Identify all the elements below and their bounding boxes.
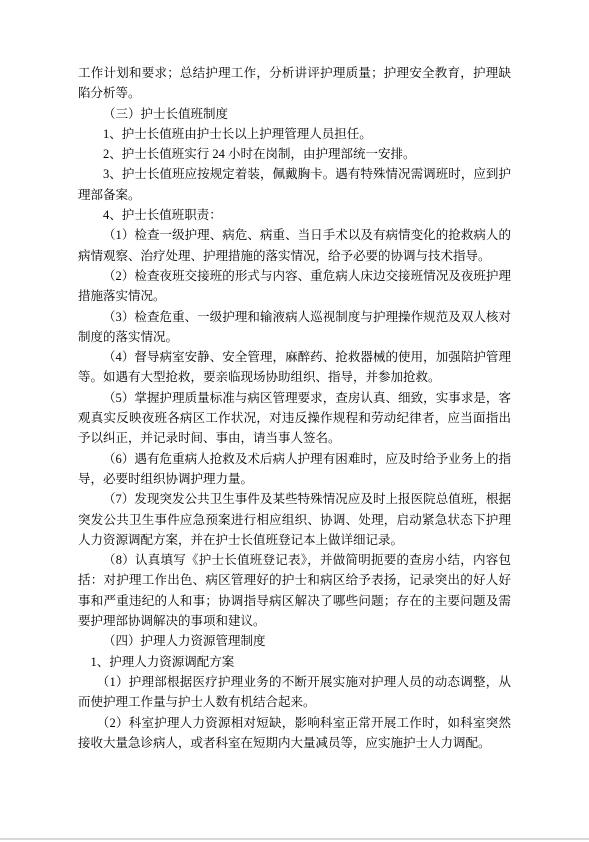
paragraph: 1、护士长值班由护士长以上护理管理人员担任。 xyxy=(78,124,511,144)
document-page: 工作计划和要求；总结护理工作，分析讲评护理质量；护理安全教育，护理缺陷分析等。（… xyxy=(0,0,589,842)
paragraph: 3、护士长值班应按规定着装，佩戴胸卡。遇有特殊情况需调班时，应到护理部备案。 xyxy=(78,164,511,205)
paragraph: 工作计划和要求；总结护理工作，分析讲评护理质量；护理安全教育，护理缺陷分析等。 xyxy=(78,63,511,104)
paragraph: 4、护士长值班职责： xyxy=(78,205,511,225)
paragraph: （8）认真填写《护士长值班登记表》，并做简明扼要的查房小结，内容包括：对护理工作… xyxy=(78,550,511,631)
paragraph: （1）检查一级护理、病危、病重、当日手术以及有病情变化的抢救病人的病情观察、治疗… xyxy=(78,225,511,266)
paragraph: （3）检查危重、一级护理和输液病人巡视制度与护理操作规范及双人核对制度的落实情况… xyxy=(78,307,511,348)
page-bottom-divider xyxy=(0,838,589,840)
document-body: 工作计划和要求；总结护理工作，分析讲评护理质量；护理安全教育，护理缺陷分析等。（… xyxy=(78,63,511,753)
paragraph: （四）护理人力资源管理制度 xyxy=(78,631,511,651)
paragraph: （1）护理部根据医疗护理业务的不断开展实施对护理人员的动态调整，从而使护理工作量… xyxy=(78,672,511,713)
paragraph: （4）督导病室安静、安全管理，麻醉药、抢救器械的使用，加强陪护管理等。如遇有大型… xyxy=(78,347,511,388)
paragraph: （7）发现突发公共卫生事件及某些特殊情况应及时上报医院总值班，根据突发公共卫生事… xyxy=(78,489,511,550)
paragraph: （2）科室护理人力资源相对短缺，影响科室正常开展工作时，如科室突然接收大量急诊病… xyxy=(78,713,511,754)
paragraph: （三）护士长值班制度 xyxy=(78,104,511,124)
paragraph: （6）遇有危重病人抢救及术后病人护理有困难时，应及时给予业务上的指导，必要时组织… xyxy=(78,449,511,490)
paragraph: 1、护理人力资源调配方案 xyxy=(78,652,511,672)
paragraph: 2、护士长值班实行 24 小时在岗制，由护理部统一安排。 xyxy=(78,144,511,164)
paragraph: （2）检查夜班交接班的形式与内容、重危病人床边交接班情况及夜班护理措施落实情况。 xyxy=(78,266,511,307)
paragraph: （5）掌握护理质量标准与病区管理要求，查房认真、细致，实事求是，客观真实反映夜班… xyxy=(78,388,511,449)
